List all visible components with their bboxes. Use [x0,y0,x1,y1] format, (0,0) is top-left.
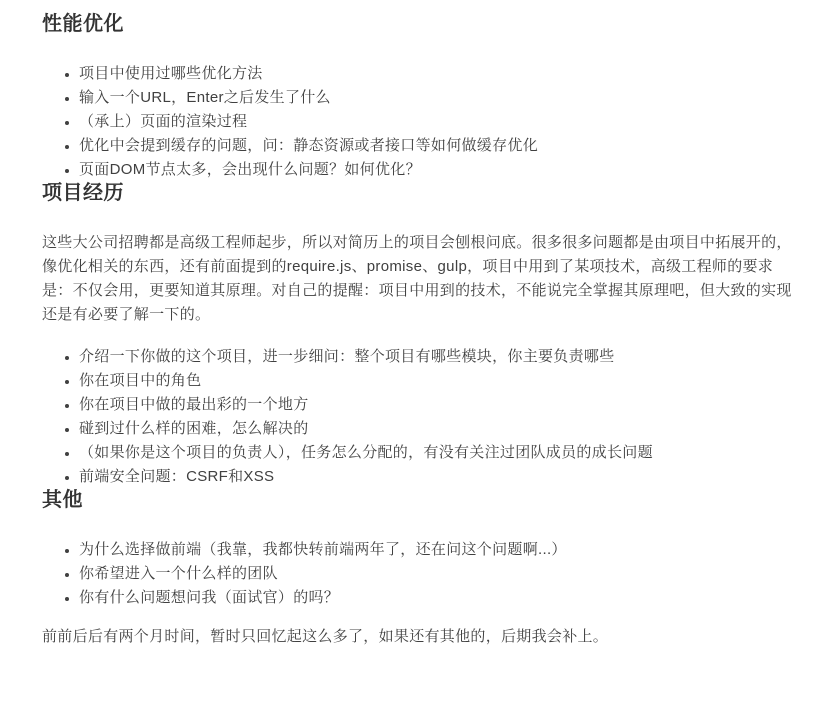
section-heading-performance: 性能优化 [42,13,792,35]
list-item: （如果你是这个项目的负责人），任务怎么分配的，有没有关注过团队成员的成长问题 [79,441,792,465]
list-item: （承上）页面的渲染过程 [79,110,792,134]
list-item: 你有什么问题想问我（面试官）的吗？ [79,586,792,610]
list-item: 你在项目中做的最出彩的一个地方 [79,393,792,417]
section-heading-other: 其他 [42,489,792,511]
project-bullet-list: 介绍一下你做的这个项目，进一步细问：整个项目有哪些模块，你主要负责哪些 你在项目… [42,345,792,489]
list-item: 你希望进入一个什么样的团队 [79,562,792,586]
list-item: 碰到过什么样的困难，怎么解决的 [79,417,792,441]
section-project-experience: 项目经历 这些大公司招聘都是高级工程师起步，所以对简历上的项目会刨根问底。很多很… [42,182,792,489]
closing-paragraph: 前前后后有两个月时间，暂时只回忆起这么多了，如果还有其他的，后期我会补上。 [42,625,792,649]
section-heading-project: 项目经历 [42,182,792,204]
list-item: 优化中会提到缓存的问题，问：静态资源或者接口等如何做缓存优化 [79,134,792,158]
project-intro-paragraph: 这些大公司招聘都是高级工程师起步，所以对简历上的项目会刨根问底。很多很多问题都是… [42,231,792,327]
list-item: 你在项目中的角色 [79,369,792,393]
article-document: 性能优化 项目中使用过哪些优化方法 输入一个URL，Enter之后发生了什么 （… [0,0,837,649]
other-bullet-list: 为什么选择做前端（我靠，我都快转前端两年了，还在问这个问题啊...） 你希望进入… [42,538,792,610]
performance-bullet-list: 项目中使用过哪些优化方法 输入一个URL，Enter之后发生了什么 （承上）页面… [42,62,792,182]
list-item: 前端安全问题：CSRF和XSS [79,465,792,489]
list-item: 介绍一下你做的这个项目，进一步细问：整个项目有哪些模块，你主要负责哪些 [79,345,792,369]
section-other: 其他 为什么选择做前端（我靠，我都快转前端两年了，还在问这个问题啊...） 你希… [42,489,792,649]
section-performance-optimization: 性能优化 项目中使用过哪些优化方法 输入一个URL，Enter之后发生了什么 （… [42,13,792,182]
list-item: 项目中使用过哪些优化方法 [79,62,792,86]
list-item: 为什么选择做前端（我靠，我都快转前端两年了，还在问这个问题啊...） [79,538,792,562]
list-item: 输入一个URL，Enter之后发生了什么 [79,86,792,110]
list-item: 页面DOM节点太多，会出现什么问题？如何优化？ [79,158,792,182]
